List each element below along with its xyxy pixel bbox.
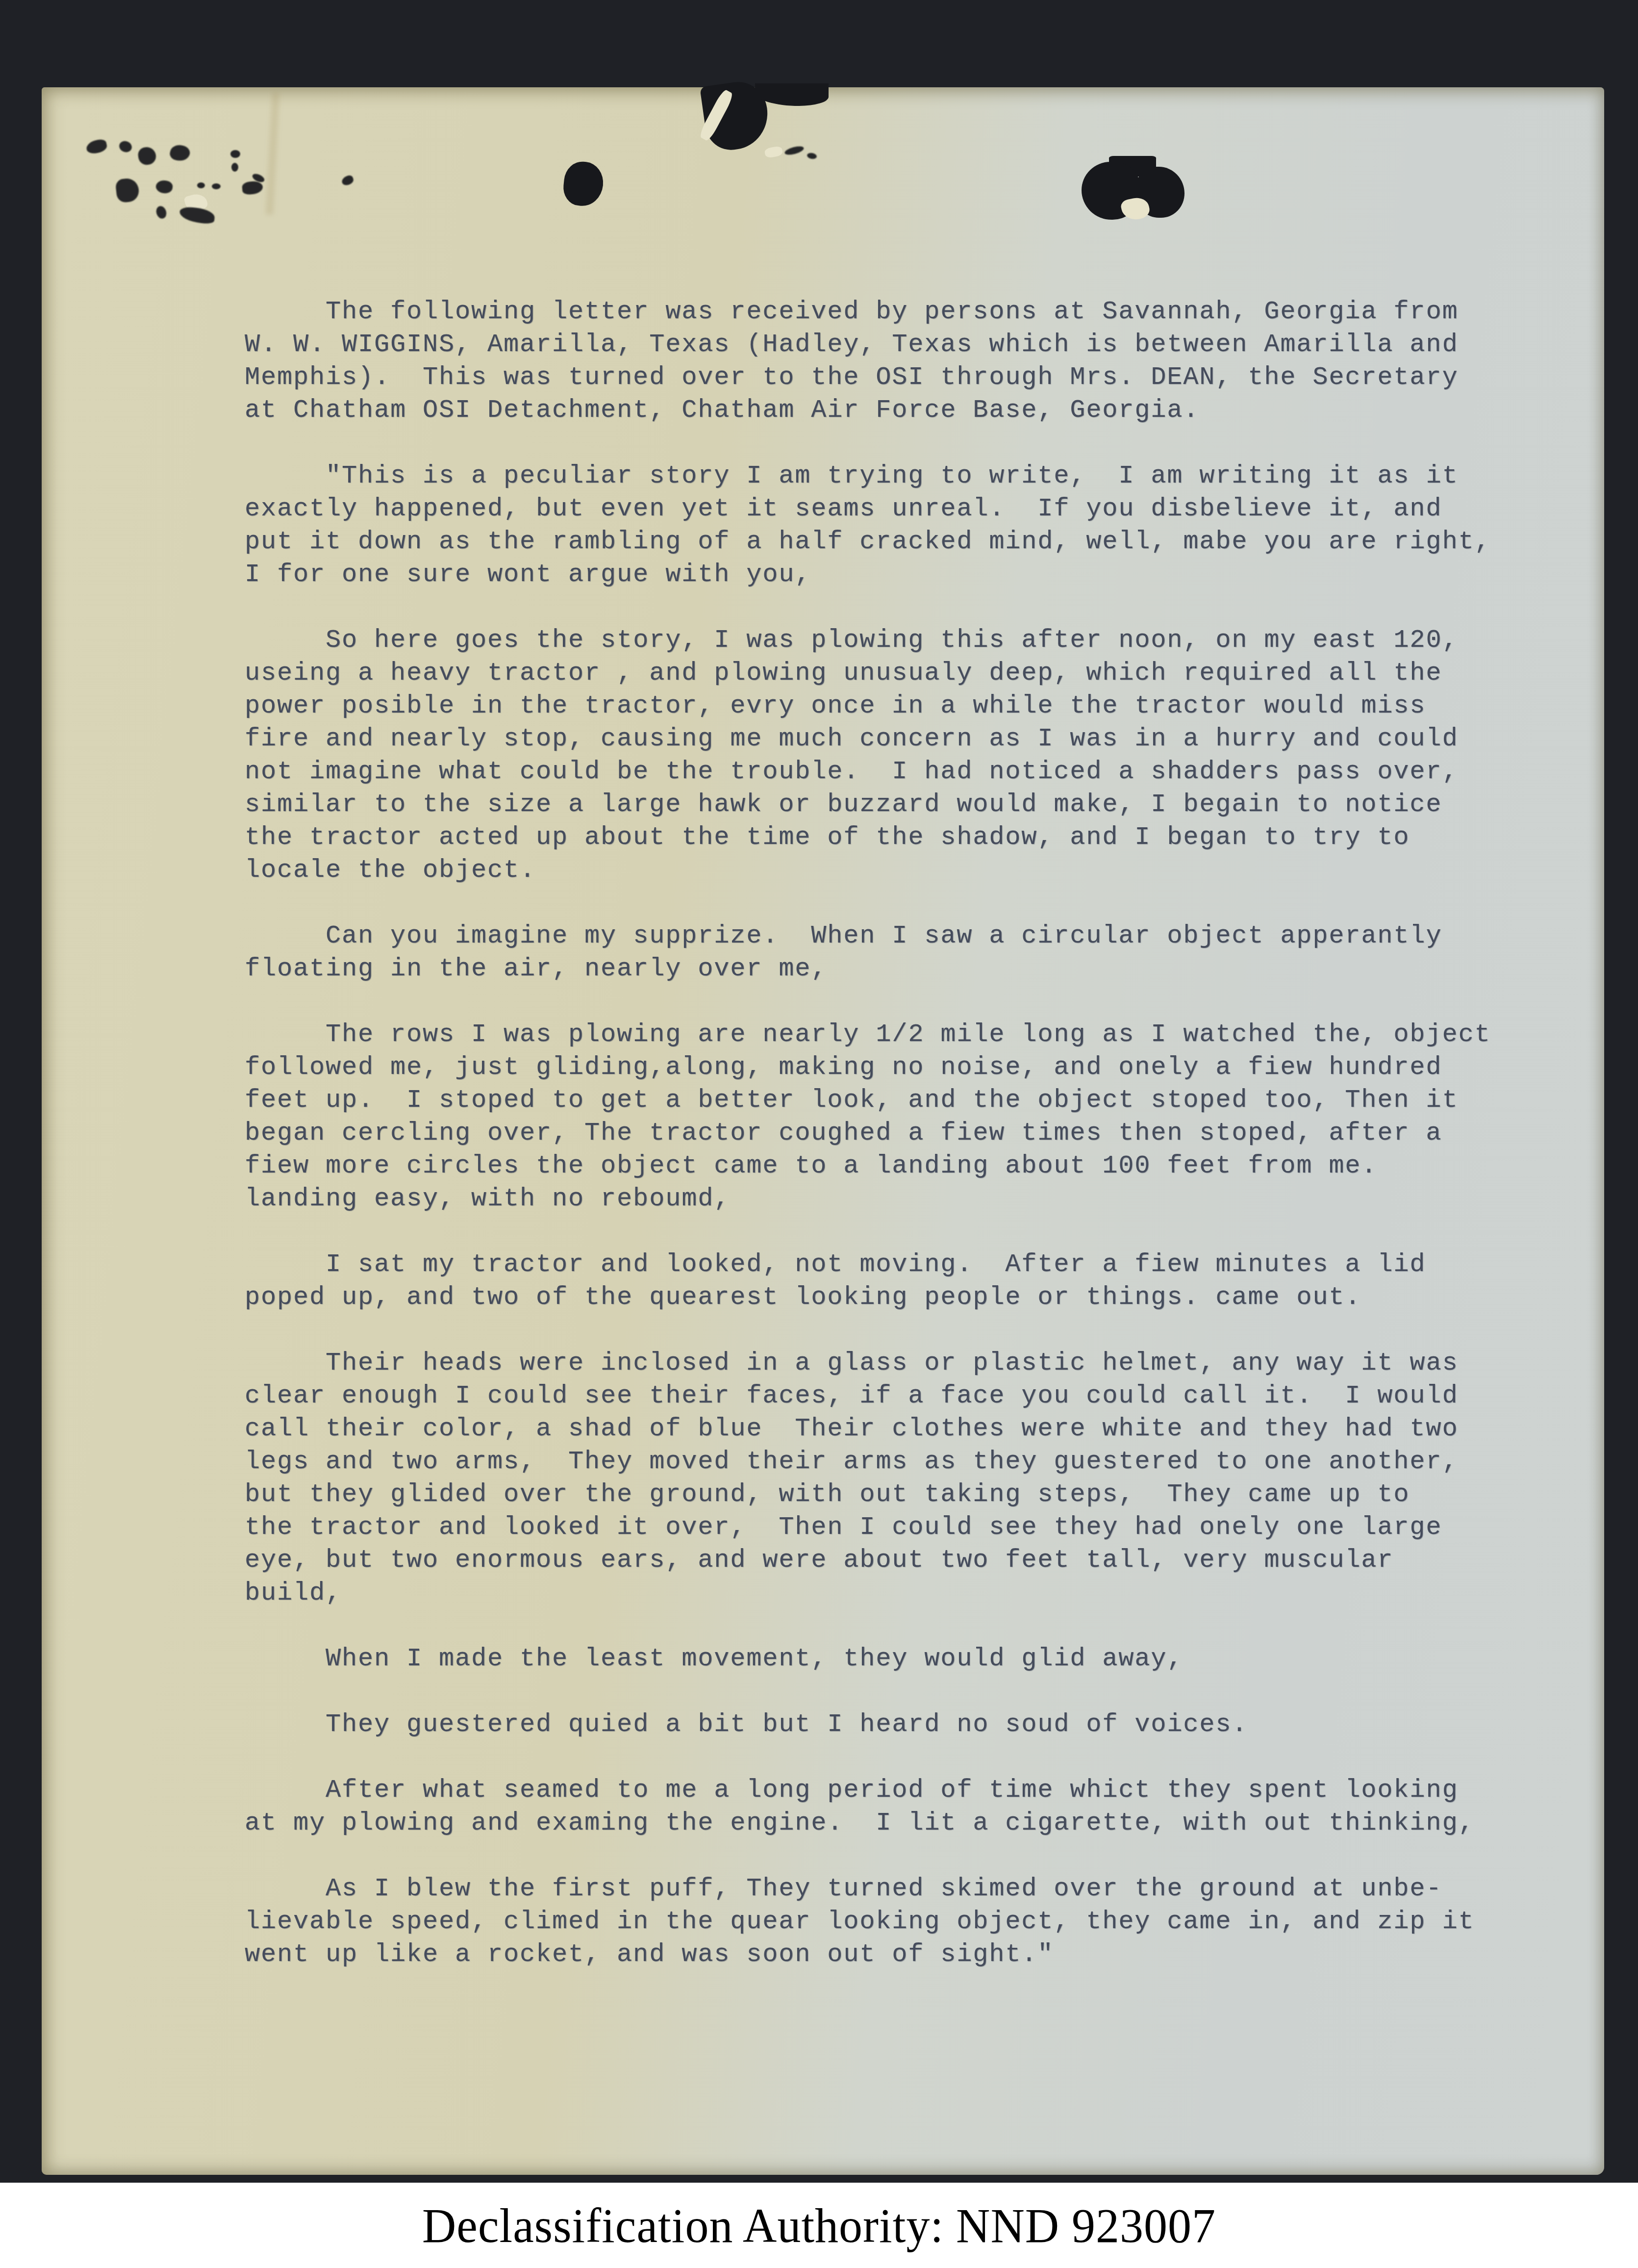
debris-mark bbox=[806, 152, 817, 159]
paragraph: When I made the least movement, they wou… bbox=[245, 1642, 1549, 1675]
paragraph: The following letter was received by per… bbox=[245, 295, 1549, 427]
document-page: The following letter was received by per… bbox=[42, 87, 1604, 2175]
ink-smudge bbox=[118, 139, 133, 154]
ink-smudge bbox=[341, 174, 355, 186]
ink-smudge bbox=[197, 182, 205, 188]
ink-smudge bbox=[230, 150, 240, 158]
ink-smudge bbox=[115, 178, 140, 204]
paragraph: I sat my tractor and looked, not moving.… bbox=[245, 1248, 1549, 1314]
ink-smudge bbox=[179, 206, 216, 224]
paragraph: As I blew the first puff, They turned sk… bbox=[245, 1872, 1549, 1971]
paragraph: They guestered quied a bit but I heard n… bbox=[245, 1708, 1549, 1741]
letter-text: The following letter was received by per… bbox=[245, 295, 1549, 2004]
paragraph: The rows I was plowing are nearly 1/2 mi… bbox=[245, 1018, 1549, 1215]
ink-smudge bbox=[137, 146, 157, 166]
ink-smudge bbox=[169, 143, 191, 163]
ink-smudge bbox=[212, 183, 221, 189]
debris-mark bbox=[784, 145, 805, 156]
paragraph: So here goes the story, I was plowing th… bbox=[245, 624, 1549, 887]
ink-smudge bbox=[155, 179, 173, 194]
ink-smudge bbox=[85, 138, 108, 155]
declassification-banner: Declassification Authority: NND 923007 bbox=[0, 2183, 1638, 2268]
ink-smudge bbox=[154, 205, 168, 220]
declassification-text: Declassification Authority: NND 923007 bbox=[422, 2197, 1216, 2253]
paragraph: After what seamed to me a long period of… bbox=[245, 1774, 1549, 1839]
ink-smudge bbox=[242, 180, 263, 195]
torn-notch-edge bbox=[755, 83, 829, 106]
paragraph: "This is a peculiar story I am trying to… bbox=[245, 459, 1549, 591]
crease-stain bbox=[265, 92, 279, 215]
ink-smudge bbox=[231, 163, 238, 172]
paper-flake bbox=[764, 146, 783, 158]
scan-background: The following letter was received by per… bbox=[0, 0, 1638, 2268]
paragraph: Can you imagine my supprize. When I saw … bbox=[245, 919, 1549, 985]
paragraph: Their heads were inclosed in a glass or … bbox=[245, 1347, 1549, 1609]
hole-punch-mark-left bbox=[562, 160, 605, 208]
